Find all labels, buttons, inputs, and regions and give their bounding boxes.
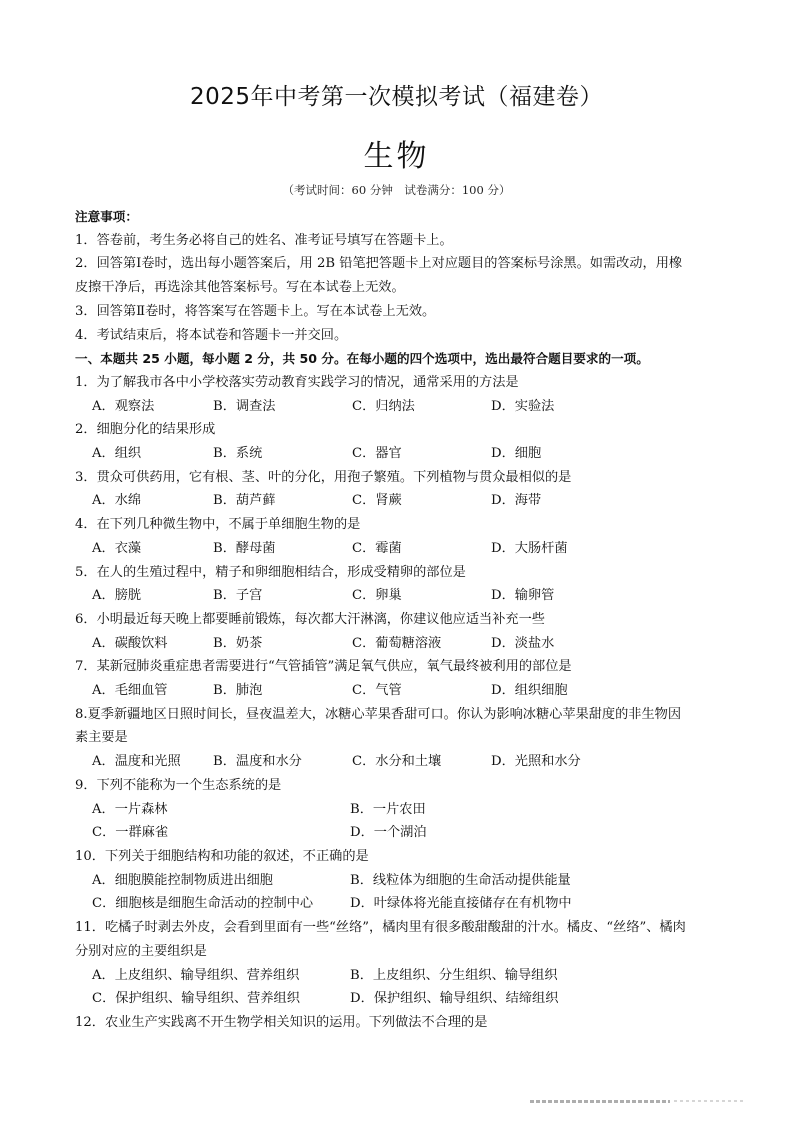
option-d: D．一个湖泊 — [350, 821, 608, 845]
option-a: A．水绵 — [92, 489, 213, 513]
section-heading: 一、本题共 25 小题，每小题 2 分，共 50 分。在每小题的四个选项中，选出… — [75, 347, 725, 371]
option-b: B．酵母菌 — [213, 537, 352, 561]
option-b: B．温度和水分 — [213, 750, 352, 774]
question-stem: 3．贯众可供药用，它有根、茎、叶的分化，用孢子繁殖。下列植物与贯众最相似的是 — [75, 466, 725, 490]
question-stem: 7．某新冠肺炎重症患者需要进行“气管插管”满足氧气供应，氧气最终被利用的部位是 — [75, 655, 725, 679]
question-options: A．水绵 B．葫芦藓 C．肾蕨 D．海带 — [75, 489, 725, 513]
page-title: 2025年中考第一次模拟考试（福建卷） — [0, 78, 793, 111]
question-stem-continued: 分别对应的主要组织是 — [75, 940, 725, 964]
option-d: D．淡盐水 — [491, 632, 630, 656]
option-c: C．肾蕨 — [352, 489, 491, 513]
footer-watermark — [530, 1097, 760, 1105]
option-d: D．大肠杆菌 — [491, 537, 630, 561]
subject-title: 生物 — [0, 131, 793, 175]
option-a: A．温度和光照 — [92, 750, 213, 774]
option-d: D．细胞 — [491, 442, 630, 466]
option-c: C．保护组织、输导组织、营养组织 — [92, 987, 350, 1011]
option-d: D．组织细胞 — [491, 679, 630, 703]
option-a: A．细胞膜能控制物质进出细胞 — [92, 869, 350, 893]
question-stem: 11．吃橘子时剥去外皮，会看到里面有一些“丝络”，橘肉里有很多酸甜酸甜的汁水。橘… — [75, 916, 725, 940]
option-b: B．上皮组织、分生组织、输导组织 — [350, 964, 608, 988]
option-c: C．归纳法 — [352, 395, 491, 419]
exam-info: （考试时间：60 分钟 试卷满分：100 分） — [0, 182, 793, 198]
question-options: A．温度和光照 B．温度和水分 C．水分和土壤 D．光照和水分 — [75, 750, 725, 774]
option-c: C．气管 — [352, 679, 491, 703]
question-options: C．保护组织、输导组织、营养组织 D．保护组织、输导组织、结缔组织 — [75, 987, 725, 1011]
option-c: C．一群麻雀 — [92, 821, 350, 845]
option-c: C．葡萄糖溶液 — [352, 632, 491, 656]
option-a: A．衣藻 — [92, 537, 213, 561]
question-stem: 5．在人的生殖过程中，精子和卵细胞相结合，形成受精卵的部位是 — [75, 561, 725, 585]
option-c: C．细胞核是细胞生命活动的控制中心 — [92, 892, 350, 916]
question-options: A．上皮组织、输导组织、营养组织 B．上皮组织、分生组织、输导组织 — [75, 964, 725, 988]
question-stem: 9．下列不能称为一个生态系统的是 — [75, 774, 725, 798]
paper-body: 注意事项： 1．答卷前，考生务必将自己的姓名、准考证号填写在答题卡上。 2．回答… — [75, 205, 725, 1035]
question-stem-continued: 素主要是 — [75, 726, 725, 750]
option-b: B．一片农田 — [350, 798, 608, 822]
option-b: B．奶茶 — [213, 632, 352, 656]
question-stem: 10．下列关于细胞结构和功能的叙述，不正确的是 — [75, 845, 725, 869]
option-c: C．卵巢 — [352, 584, 491, 608]
note-item: 皮擦干净后，再选涂其他答案标号。写在本试卷上无效。 — [75, 276, 725, 300]
question-stem: 1．为了解我市各中小学校落实劳动教育实践学习的情况，通常采用的方法是 — [75, 371, 725, 395]
question-options: A．膀胱 B．子宫 C．卵巢 D．输卵管 — [75, 584, 725, 608]
question-options: A．组织 B．系统 C．器官 D．细胞 — [75, 442, 725, 466]
note-item: 3．回答第Ⅱ卷时，将答案写在答题卡上。写在本试卷上无效。 — [75, 300, 725, 324]
option-a: A．一片森林 — [92, 798, 350, 822]
option-a: A．上皮组织、输导组织、营养组织 — [92, 964, 350, 988]
option-a: A．观察法 — [92, 395, 213, 419]
option-c: C．水分和土壤 — [352, 750, 491, 774]
option-a: A．组织 — [92, 442, 213, 466]
option-d: D．叶绿体将光能直接储存在有机物中 — [350, 892, 608, 916]
option-b: B．调查法 — [213, 395, 352, 419]
option-d: D．光照和水分 — [491, 750, 630, 774]
option-c: C．霉菌 — [352, 537, 491, 561]
notes-heading: 注意事项： — [75, 205, 725, 229]
option-a: A．碳酸饮料 — [92, 632, 213, 656]
watermark-mark — [530, 1100, 670, 1103]
note-item: 4．考试结束后，将本试卷和答题卡一并交回。 — [75, 324, 725, 348]
question-stem: 12．农业生产实践离不开生物学相关知识的运用。下列做法不合理的是 — [75, 1011, 725, 1035]
option-d: D．保护组织、输导组织、结缔组织 — [350, 987, 608, 1011]
option-d: D．输卵管 — [491, 584, 630, 608]
option-a: A．毛细血管 — [92, 679, 213, 703]
question-options: A．衣藻 B．酵母菌 C．霉菌 D．大肠杆菌 — [75, 537, 725, 561]
option-b: B．系统 — [213, 442, 352, 466]
question-options: A．碳酸饮料 B．奶茶 C．葡萄糖溶液 D．淡盐水 — [75, 632, 725, 656]
question-options: A．一片森林 B．一片农田 — [75, 798, 725, 822]
option-c: C．器官 — [352, 442, 491, 466]
watermark-mark — [674, 1100, 744, 1102]
question-options: A．毛细血管 B．肺泡 C．气管 D．组织细胞 — [75, 679, 725, 703]
question-stem: 4．在下列几种微生物中，不属于单细胞生物的是 — [75, 513, 725, 537]
note-item: 1．答卷前，考生务必将自己的姓名、准考证号填写在答题卡上。 — [75, 229, 725, 253]
option-b: B．线粒体为细胞的生命活动提供能量 — [350, 869, 608, 893]
question-stem: 8.夏季新疆地区日照时间长，昼夜温差大，冰糖心苹果香甜可口。你认为影响冰糖心苹果… — [75, 703, 725, 727]
question-options: A．细胞膜能控制物质进出细胞 B．线粒体为细胞的生命活动提供能量 — [75, 869, 725, 893]
option-d: D．海带 — [491, 489, 630, 513]
question-stem: 6．小明最近每天晚上都要睡前锻炼，每次都大汗淋漓，你建议他应适当补充一些 — [75, 608, 725, 632]
question-options: C．一群麻雀 D．一个湖泊 — [75, 821, 725, 845]
question-options: C．细胞核是细胞生命活动的控制中心 D．叶绿体将光能直接储存在有机物中 — [75, 892, 725, 916]
note-item: 2．回答第Ⅰ卷时，选出每小题答案后，用 2B 铅笔把答题卡上对应题目的答案标号涂… — [75, 252, 725, 276]
option-b: B．子宫 — [213, 584, 352, 608]
option-a: A．膀胱 — [92, 584, 213, 608]
option-b: B．葫芦藓 — [213, 489, 352, 513]
question-stem: 2．细胞分化的结果形成 — [75, 418, 725, 442]
option-d: D．实验法 — [491, 395, 630, 419]
option-b: B．肺泡 — [213, 679, 352, 703]
question-options: A．观察法 B．调查法 C．归纳法 D．实验法 — [75, 395, 725, 419]
